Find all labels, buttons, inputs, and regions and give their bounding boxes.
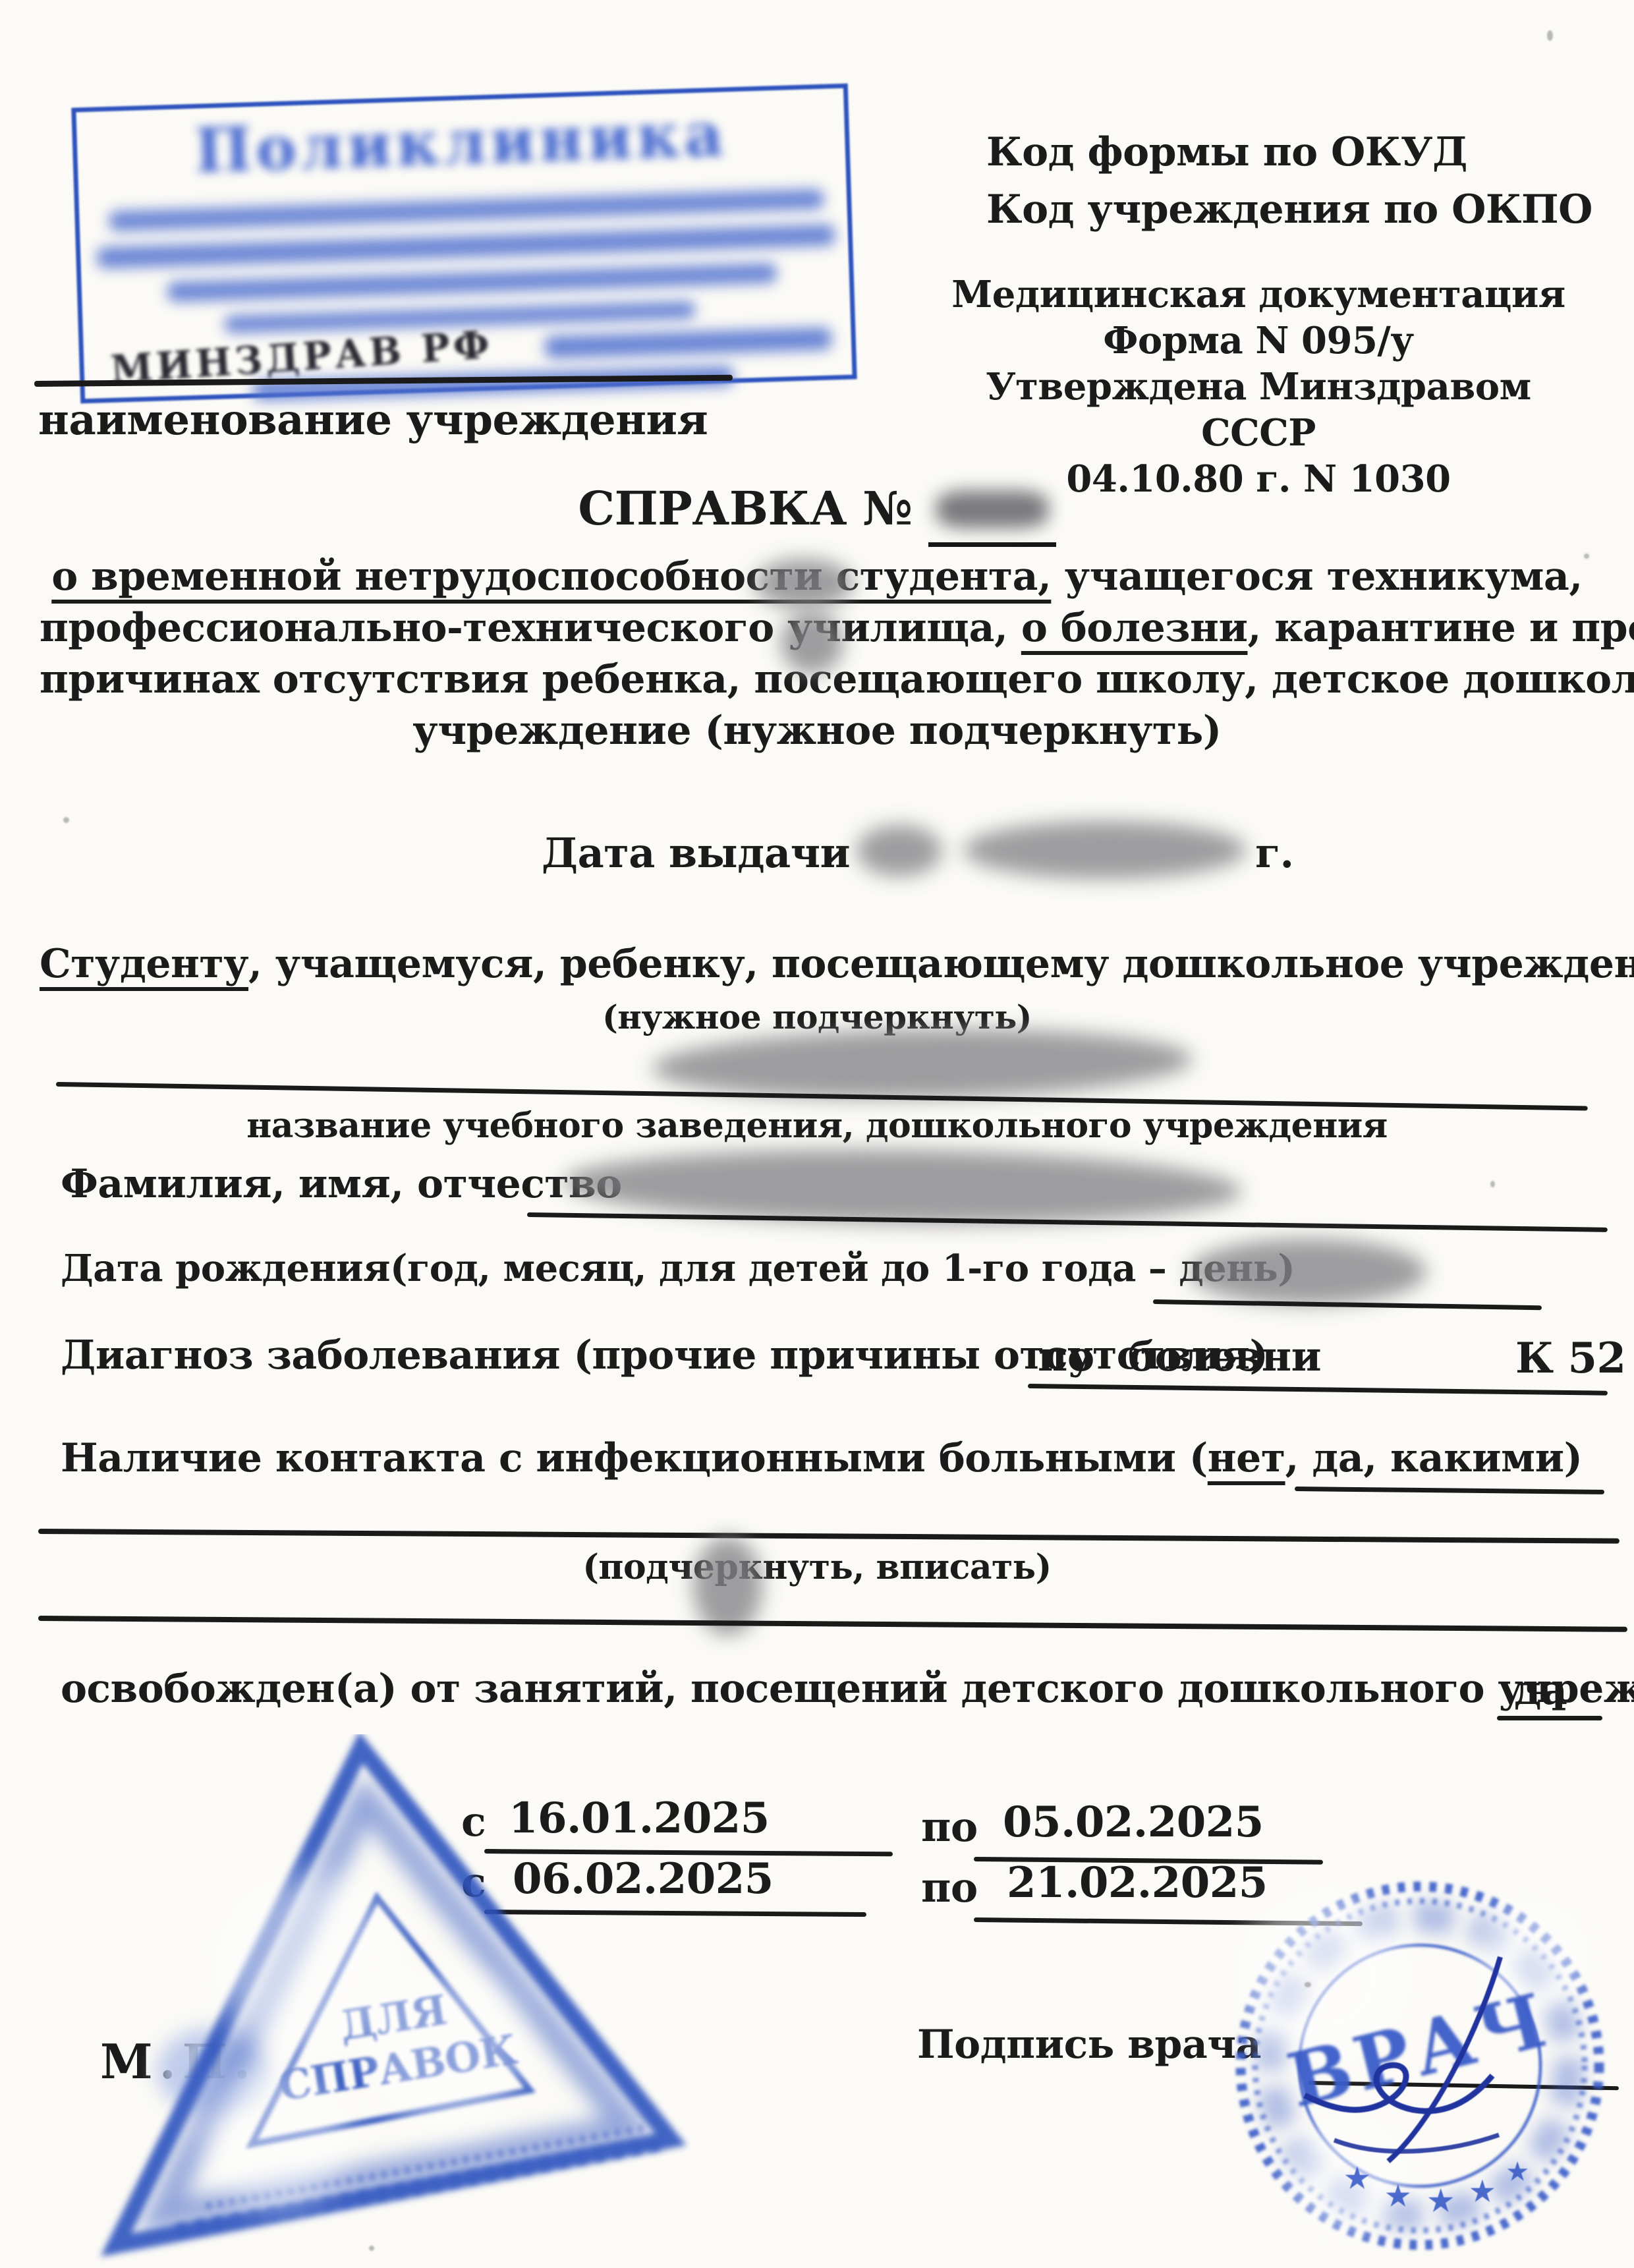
birth-date-redacted — [1189, 1239, 1426, 1305]
period2-to-label: по — [921, 1863, 978, 1912]
round-doctor-stamp: ВРАЧ ★ ★ ★ ★ ★ — [1216, 1878, 1631, 2263]
scan-speck — [1547, 30, 1553, 41]
subtitle-text: , карантине и прочих — [1247, 605, 1634, 651]
period1-to-label: по — [921, 1803, 978, 1851]
triangle-stamp: ДЛЯ СПРАВОК — [78, 1734, 714, 2265]
stamp-blurred-line — [544, 327, 831, 359]
stamp-wash-blob — [368, 1971, 526, 2130]
underlined-phrase: Студенту — [40, 941, 248, 987]
underline-note: (нужное подчеркнуть) — [40, 998, 1594, 1036]
addressee-text: , учащемуся, ребенку, посещающему дошкол… — [248, 941, 1634, 987]
issue-date-redacted — [857, 825, 942, 876]
scan-speck — [369, 2246, 374, 2251]
contact-text: Наличие контакта с инфекционными больным… — [61, 1435, 1208, 1481]
blank-rule — [38, 1529, 1620, 1544]
institution-name-caption: наименование учреждения — [38, 395, 708, 445]
certificate-title: СПРАВКА № — [578, 481, 912, 536]
scan-speck — [63, 817, 69, 823]
stamp-blurred-line — [109, 189, 824, 231]
scan-speck — [1305, 1982, 1311, 1987]
star-icon: ★ — [1428, 2184, 1453, 2218]
document-page: Поликлиника МИНЗДРАВ РФ наименование учр… — [0, 0, 1634, 2268]
blank-rule — [38, 1616, 1627, 1632]
contact-rule — [1295, 1487, 1604, 1494]
diagnosis-rule — [1028, 1384, 1608, 1396]
issue-date-year-suffix: г. — [1255, 829, 1294, 877]
clinic-rect-stamp: Поликлиника МИНЗДРАВ РФ — [71, 84, 857, 404]
doc-type-line: Медицинская документация — [922, 271, 1594, 318]
released-value: да — [1514, 1666, 1567, 1714]
contact-line: Наличие контакта с инфекционными больным… — [61, 1435, 1583, 1481]
approved-by-line: Утверждена Минздравом СССР — [922, 364, 1594, 456]
subtitle-text: учащегося техникума, — [1051, 553, 1582, 600]
issue-date-redacted — [963, 821, 1247, 879]
clinic-stamp-title: Поликлиника — [76, 95, 846, 190]
released-value-rule — [1497, 1716, 1602, 1720]
underline-write-note: (подчеркнуть, вписать) — [40, 1547, 1594, 1587]
smudge-blob — [754, 559, 853, 608]
released-label: освобожден(а) от занятий, посещений детс… — [61, 1666, 1634, 1712]
certificate-number-redacted — [928, 481, 1056, 547]
scan-speck — [1490, 1181, 1495, 1187]
star-icon: ★ — [1345, 2162, 1369, 2194]
underlined-phrase: о болезни — [1021, 605, 1248, 651]
underlined-phrase: нет — [1208, 1435, 1285, 1481]
contact-text: , да, какими) — [1285, 1435, 1583, 1481]
subtitle-text: профессионально-технического училища, — [40, 605, 1021, 651]
school-caption: название учебного заведения, дошкольного… — [40, 1106, 1594, 1146]
addressee-line: Студенту, учащемуся, ребенку, посещающем… — [40, 941, 1594, 987]
star-icon: ★ — [1507, 2158, 1528, 2186]
icd-code: К 52 — [1515, 1334, 1626, 1383]
stamp-wash-blob — [203, 2064, 348, 2209]
star-icon: ★ — [1386, 2180, 1410, 2212]
issue-date-label: Дата выдачи — [542, 829, 850, 877]
certificate-title-row: СПРАВКА № — [40, 481, 1594, 547]
star-icon: ★ — [1470, 2175, 1494, 2207]
form-id-block: Медицинская документация Форма N 095/у У… — [922, 271, 1594, 502]
form-number-line: Форма N 095/у — [922, 318, 1594, 364]
okpo-code-label: Код учреждения по ОКПО — [986, 186, 1592, 233]
diagnosis-value: по болезни — [1038, 1332, 1321, 1380]
stamp-blurred-line — [97, 224, 835, 268]
stamp-blurred-line — [167, 263, 777, 302]
birth-date-label: Дата рождения(год, месяц, для детей до 1… — [61, 1247, 1295, 1290]
scan-speck — [1584, 553, 1589, 559]
full-name-label: Фамилия, имя, отчество — [61, 1161, 622, 1207]
okud-code-label: Код формы по ОКУД — [986, 129, 1467, 175]
period1-to-date: 05.02.2025 — [1003, 1798, 1264, 1847]
smudge-blob — [781, 611, 843, 674]
redaction-blob — [936, 490, 1048, 528]
underlined-phrase: о временной нетрудоспособности студента, — [51, 553, 1051, 600]
subtitle-line-4: учреждение (нужное подчеркнуть) — [40, 705, 1594, 756]
doctor-signature-label: Подпись врача — [917, 2022, 1261, 2068]
